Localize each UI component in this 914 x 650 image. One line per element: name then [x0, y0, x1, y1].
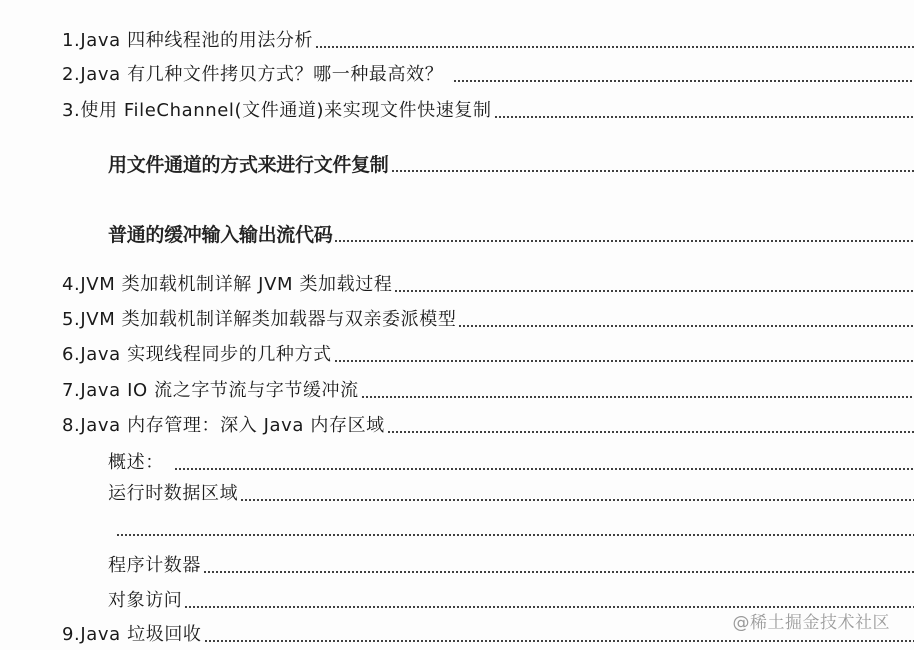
dot-leader: [391, 170, 914, 172]
toc-subentry-buffered-stream[interactable]: 普通的缓冲输入输出流代码: [108, 224, 914, 246]
toc-entry-label: 6.Java 实现线程同步的几种方式: [62, 344, 332, 366]
toc-entry-label: 对象访问: [108, 590, 182, 612]
toc-entry-8[interactable]: 8.Java 内存管理：深入 Java 内存区域: [62, 415, 914, 437]
toc-entry-1[interactable]: 1.Java 四种线程池的用法分析: [62, 30, 914, 52]
dot-leader: [204, 640, 914, 642]
toc-entry-label: 8.Java 内存管理：深入 Java 内存区域: [62, 415, 385, 437]
toc-subentry-file-channel-copy[interactable]: 用文件通道的方式来进行文件复制: [108, 154, 914, 176]
dot-leader: [453, 80, 914, 82]
toc-entry-5[interactable]: 5.JVM 类加载机制详解类加载器与双亲委派模型: [62, 309, 914, 331]
dot-leader: [334, 240, 914, 242]
toc-entry-label: 普通的缓冲输入输出流代码: [108, 224, 332, 246]
dot-leader: [394, 290, 914, 292]
dot-leader: [315, 46, 914, 48]
toc-subentry-overview[interactable]: 概述：: [108, 452, 914, 474]
dot-leader: [240, 499, 914, 501]
dot-leader: [116, 534, 914, 536]
dot-leader: [203, 571, 914, 573]
dot-leader: [494, 116, 914, 118]
dot-leader: [387, 431, 914, 433]
toc-entry-label: 用文件通道的方式来进行文件复制: [108, 154, 389, 176]
toc-subentry-program-counter[interactable]: 程序计数器: [108, 555, 914, 577]
toc-entry-3[interactable]: 3.使用 FileChannel(文件通道)来实现文件快速复制: [62, 100, 914, 122]
toc-entry-6[interactable]: 6.Java 实现线程同步的几种方式: [62, 344, 914, 366]
toc-entry-label: 1.Java 四种线程池的用法分析: [62, 30, 313, 52]
toc-entry-label: 9.Java 垃圾回收: [62, 624, 202, 646]
toc-entry-label: 3.使用 FileChannel(文件通道)来实现文件快速复制: [62, 100, 492, 122]
toc-subentry-empty[interactable]: [114, 518, 914, 540]
dot-leader: [174, 468, 914, 470]
toc-entry-7[interactable]: 7.Java IO 流之字节流与字节缓冲流: [62, 380, 914, 402]
toc-entry-label: 7.Java IO 流之字节流与字节缓冲流: [62, 380, 359, 402]
watermark: @稀土掘金技术社区: [731, 608, 893, 633]
toc-entry-2[interactable]: 2.Java 有几种文件拷贝方式？哪一种最高效？: [62, 64, 914, 86]
toc-entry-label: 2.Java 有几种文件拷贝方式？哪一种最高效？: [62, 64, 443, 86]
toc-entry-label: 5.JVM 类加载机制详解类加载器与双亲委派模型: [62, 309, 456, 331]
toc-entry-label: 程序计数器: [108, 555, 201, 577]
dot-leader: [458, 325, 914, 327]
toc-entry-4[interactable]: 4.JVM 类加载机制详解 JVM 类加载过程: [62, 274, 914, 296]
toc-entry-label: 概述：: [108, 452, 164, 474]
toc-entry-label: 4.JVM 类加载机制详解 JVM 类加载过程: [62, 274, 392, 296]
toc-entry-label: 运行时数据区域: [108, 483, 238, 505]
dot-leader: [334, 360, 914, 362]
toc-subentry-runtime-data-areas[interactable]: 运行时数据区域: [108, 483, 914, 505]
dot-leader: [361, 396, 914, 398]
